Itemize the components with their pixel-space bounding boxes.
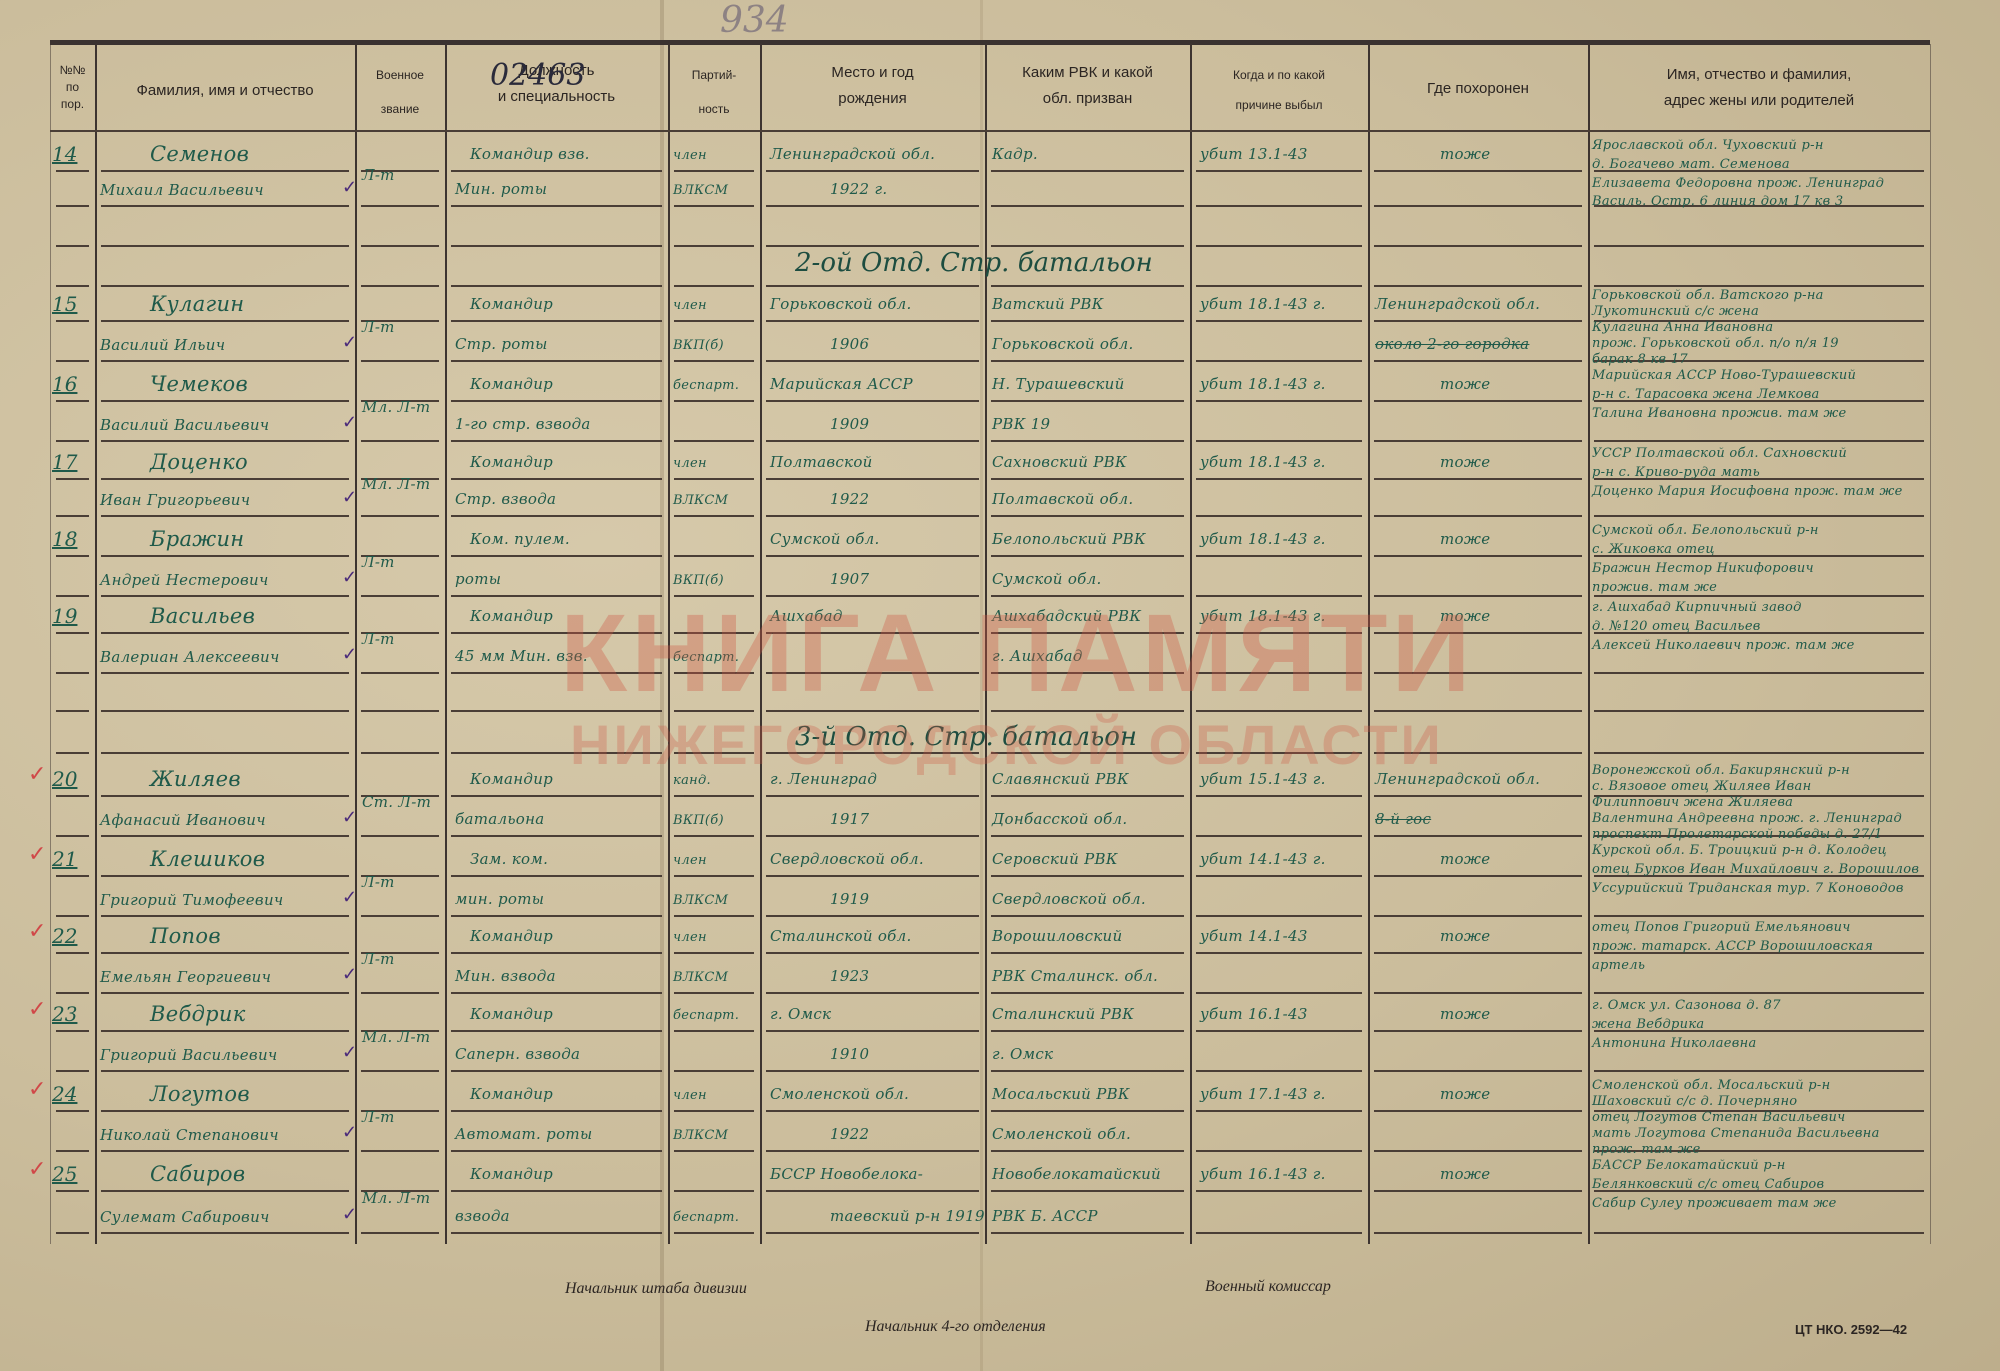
ruled-line	[1196, 478, 1362, 480]
ruled-line	[56, 992, 89, 994]
ruled-line	[451, 992, 662, 994]
burial-line-2: около 2-го городка	[1375, 335, 1529, 353]
relatives-address-line: с. Вязовое отец Жиляев Иван	[1592, 779, 1811, 794]
header-bottom-border	[50, 130, 1930, 132]
position-line-1: Командир	[470, 1085, 553, 1103]
given-names: Николай Степанович	[100, 1126, 279, 1144]
military-rank: Мл. Л-т	[362, 1028, 430, 1046]
birth-year: 1910	[830, 1045, 869, 1063]
ruled-line	[1594, 285, 1924, 287]
position-line-2: Стр. взвода	[455, 490, 556, 508]
ruled-line	[1196, 440, 1362, 442]
header-rank-line: звание	[355, 92, 445, 126]
ruled-line	[56, 710, 89, 712]
ruled-line	[101, 710, 349, 712]
ruled-line	[1594, 1070, 1924, 1072]
ruled-line	[766, 795, 979, 797]
position-line-2: Стр. роты	[455, 335, 548, 353]
ruled-line	[991, 478, 1184, 480]
position-line-1: Командир	[470, 607, 553, 625]
ruled-line	[674, 515, 754, 517]
surname: Сабиров	[150, 1162, 245, 1186]
party-line-2: ВЛКСМ	[673, 893, 728, 908]
ruled-line	[451, 400, 662, 402]
birth-place: г. Омск	[770, 1005, 831, 1023]
ruled-line	[766, 1030, 979, 1032]
position-line-1: Командир	[470, 1165, 553, 1183]
ruled-line	[101, 400, 349, 402]
ruled-line	[991, 360, 1184, 362]
ruled-line	[674, 1110, 754, 1112]
ruled-line	[101, 835, 349, 837]
ruled-line	[101, 245, 349, 247]
check-mark-icon: ✓	[342, 332, 357, 353]
date-and-reason: убит 18.1-43 г.	[1200, 453, 1326, 471]
ruled-line	[766, 1190, 979, 1192]
relatives-address-line: Лукотинский с/с жена	[1592, 304, 1759, 319]
ruled-line	[451, 320, 662, 322]
ruled-line	[56, 320, 89, 322]
ruled-line	[101, 170, 349, 172]
party-line-1: член	[673, 1088, 707, 1103]
ruled-line	[1196, 515, 1362, 517]
party-line-2: ВКП(б)	[673, 573, 724, 588]
ruled-line	[991, 1190, 1184, 1192]
ruled-line	[56, 440, 89, 442]
ruled-line	[56, 1150, 89, 1152]
ruled-line	[361, 285, 439, 287]
section-heading-2: 2-ой Отд. Стр. батальон	[795, 248, 1153, 278]
ruled-line	[1374, 515, 1582, 517]
ruled-line	[766, 835, 979, 837]
ruled-line	[1196, 360, 1362, 362]
ruled-line	[766, 1232, 979, 1234]
ruled-line	[1374, 795, 1582, 797]
ruled-line	[56, 478, 89, 480]
ruled-line	[1196, 875, 1362, 877]
party-line-2: беспарт.	[673, 1210, 739, 1225]
relatives-address-line: р-н с. Тарасовка жена Лемкова	[1592, 387, 1820, 402]
ruled-line	[674, 170, 754, 172]
ruled-line	[451, 795, 662, 797]
ruled-line	[674, 205, 754, 207]
ruled-line	[1374, 245, 1582, 247]
ruled-line	[991, 440, 1184, 442]
ruled-line	[1374, 992, 1582, 994]
date-and-reason: убит 17.1-43 г.	[1200, 1085, 1326, 1103]
military-rank: Мл. Л-т	[362, 1189, 430, 1207]
header-name: Фамилия, имя и отчество	[95, 78, 355, 104]
date-and-reason: убит 18.1-43 г.	[1200, 375, 1326, 393]
ruled-line	[1374, 478, 1582, 480]
watermark-title: КНИГА ПАМЯТИ	[560, 590, 1475, 717]
ruled-line	[766, 1110, 979, 1112]
position-line-2: Мин. роты	[455, 180, 547, 198]
ruled-line	[451, 1190, 662, 1192]
given-names: Григорий Васильевич	[100, 1046, 278, 1064]
ruled-line	[101, 515, 349, 517]
check-mark-icon: ✓	[342, 487, 357, 508]
burial-line-1: Ленинградской обл.	[1375, 295, 1540, 313]
given-names: Иван Григорьевич	[100, 491, 250, 509]
ruled-line	[991, 170, 1184, 172]
ruled-line	[1594, 440, 1924, 442]
ruled-line	[101, 320, 349, 322]
ruled-line	[1196, 795, 1362, 797]
ruled-line	[101, 440, 349, 442]
relatives-address-line: Бражин Нестор Никифорович	[1592, 561, 1814, 576]
ruled-line	[991, 400, 1184, 402]
ruled-line	[361, 1070, 439, 1072]
red-tick-icon: ✓	[28, 1156, 46, 1182]
ruled-line	[451, 205, 662, 207]
header-rank: Военное звание	[355, 58, 445, 126]
relatives-address-line: Филиппович жена Жиляева	[1592, 795, 1793, 810]
relatives-address-line: прожив. там же	[1592, 580, 1717, 595]
column-divider	[50, 44, 51, 1244]
ruled-line	[361, 710, 439, 712]
burial-line-1: тоже	[1440, 850, 1490, 868]
ruled-line	[451, 440, 662, 442]
ruled-line	[674, 360, 754, 362]
header-party: Партий- ность	[668, 58, 760, 126]
rvk-line-2: Горьковской обл.	[992, 335, 1134, 353]
row-number: 20	[52, 767, 77, 791]
party-line-1: член	[673, 148, 707, 163]
row-number: 24	[52, 1082, 77, 1106]
relatives-address-line: УССР Полтавской обл. Сахновский	[1592, 446, 1847, 461]
ruled-line	[56, 1110, 89, 1112]
ruled-line	[1374, 285, 1582, 287]
military-rank: Л-т	[362, 950, 395, 968]
ruled-line	[101, 1110, 349, 1112]
ruled-line	[361, 992, 439, 994]
position-line-2: мин. роты	[455, 890, 544, 908]
ruled-line	[766, 400, 979, 402]
relatives-address-line: Валентина Андреевна прож. г. Ленинград	[1592, 811, 1902, 826]
ruled-line	[1374, 1150, 1582, 1152]
burial-line-1: тоже	[1440, 1085, 1490, 1103]
ruled-line	[674, 400, 754, 402]
birth-year: 1909	[830, 415, 869, 433]
ruled-line	[56, 400, 89, 402]
burial-line-1: тоже	[1440, 1005, 1490, 1023]
table-top-border	[50, 40, 1930, 45]
ruled-line	[991, 1110, 1184, 1112]
relatives-address-line: г. Омск ул. Сазонова д. 87	[1592, 998, 1781, 1013]
relatives-address-line: Марийская АССР Ново-Турашевский	[1592, 368, 1856, 383]
column-divider	[1588, 44, 1590, 1244]
check-mark-icon: ✓	[342, 1204, 357, 1225]
rvk-line-2: Сумской обл.	[992, 570, 1102, 588]
birth-place: Ленинградской обл.	[770, 145, 935, 163]
ruled-line	[674, 992, 754, 994]
ruled-line	[766, 992, 979, 994]
red-tick-icon: ✓	[28, 761, 46, 787]
ruled-line	[1196, 400, 1362, 402]
birth-year: 1922	[830, 1125, 869, 1143]
ruled-line	[101, 360, 349, 362]
position-line-1: Командир	[470, 295, 553, 313]
ruled-line	[101, 952, 349, 954]
ruled-line	[1594, 915, 1924, 917]
header-birth: Место и год рождения	[760, 60, 985, 112]
ruled-line	[56, 1190, 89, 1192]
given-names: Григорий Тимофеевич	[100, 891, 284, 909]
ruled-line	[1594, 515, 1924, 517]
surname: Клешиков	[150, 847, 265, 871]
ruled-line	[56, 632, 89, 634]
date-and-reason: убит 13.1-43	[1200, 145, 1308, 163]
ruled-line	[674, 1150, 754, 1152]
burial-line-1: тоже	[1440, 145, 1490, 163]
ruled-line	[674, 915, 754, 917]
party-line-1: беспарт.	[673, 1008, 739, 1023]
birth-year: 1906	[830, 335, 869, 353]
ruled-line	[56, 555, 89, 557]
relatives-address-line: жена Вебдрика	[1592, 1017, 1704, 1032]
ruled-line	[56, 1070, 89, 1072]
row-number: 18	[52, 527, 77, 551]
check-mark-icon: ✓	[342, 567, 357, 588]
rvk-line-1: Мосальский РВК	[992, 1085, 1130, 1103]
rvk-line-2: Свердловской обл.	[992, 890, 1146, 908]
rvk-line-1: Сахновский РВК	[992, 453, 1127, 471]
ruled-line	[1196, 1150, 1362, 1152]
ruled-line	[451, 360, 662, 362]
ruled-line	[56, 205, 89, 207]
ruled-line	[674, 440, 754, 442]
ruled-line	[1374, 170, 1582, 172]
header-rvk-line: Каким РВК и какой	[985, 60, 1190, 86]
ruled-line	[361, 672, 439, 674]
row-number: 14	[52, 142, 77, 166]
ruled-line	[766, 875, 979, 877]
date-and-reason: убит 18.1-43 г.	[1200, 530, 1326, 548]
ruled-line	[991, 1030, 1184, 1032]
rvk-line-1: Серовский РВК	[992, 850, 1118, 868]
military-rank: Л-т	[362, 318, 395, 336]
party-line-1: член	[673, 853, 707, 868]
birth-year: таевский р-н 1919	[830, 1207, 985, 1225]
surname: Кулагин	[150, 292, 244, 316]
relatives-address-line: Кулагина Анна Ивановна	[1592, 320, 1773, 335]
header-birth-line: Место и год	[760, 60, 985, 86]
check-mark-icon: ✓	[342, 412, 357, 433]
ruled-line	[1196, 952, 1362, 954]
ruled-line	[674, 555, 754, 557]
relatives-address-line: Горьковской обл. Ватского р-на	[1592, 288, 1824, 303]
ruled-line	[56, 360, 89, 362]
ruled-line	[101, 752, 349, 754]
row-number: 21	[52, 847, 77, 871]
ruled-line	[991, 205, 1184, 207]
relatives-address-line: Ярославской обл. Чуховский р-н	[1592, 138, 1824, 153]
position-line-2: взвода	[455, 1207, 510, 1225]
ruled-line	[1196, 1030, 1362, 1032]
ruled-line	[674, 875, 754, 877]
ruled-line	[766, 205, 979, 207]
column-divider	[445, 44, 447, 1244]
relatives-address-line: артель	[1592, 958, 1645, 973]
rvk-line-2: г. Омск	[992, 1045, 1053, 1063]
rvk-line-1: Новобелокатайский	[992, 1165, 1161, 1183]
ruled-line	[1374, 915, 1582, 917]
ruled-line	[451, 285, 662, 287]
ruled-line	[766, 440, 979, 442]
ruled-line	[766, 245, 979, 247]
military-rank: Л-т	[362, 873, 395, 891]
ruled-line	[991, 952, 1184, 954]
ruled-line	[451, 875, 662, 877]
ruled-line	[1374, 835, 1582, 837]
relatives-address-line: Антонина Николаевна	[1592, 1036, 1757, 1051]
relatives-address-line: Смоленской обл. Мосальский р-н	[1592, 1078, 1831, 1093]
military-rank: Л-т	[362, 630, 395, 648]
given-names: Афанасий Иванович	[100, 811, 266, 829]
ruled-line	[361, 245, 439, 247]
position-line-1: Ком. пулем.	[470, 530, 570, 548]
given-names: Валериан Алексеевич	[100, 648, 280, 666]
ruled-line	[766, 170, 979, 172]
party-line-1: член	[673, 456, 707, 471]
relatives-address-line: отец Логутов Степан Васильевич	[1592, 1110, 1846, 1125]
row-number: 16	[52, 372, 77, 396]
row-number: 25	[52, 1162, 77, 1186]
red-tick-icon: ✓	[28, 918, 46, 944]
rvk-line-1: Н. Турашевский	[992, 375, 1125, 393]
relatives-address-line: отец Бурков Иван Михайлович г. Ворошилов	[1592, 862, 1919, 877]
position-line-2: батальона	[455, 810, 545, 828]
header-relatives-line: адрес жены или родителей	[1588, 88, 1930, 114]
given-names: Емельян Георгиевич	[100, 968, 271, 986]
ruled-line	[361, 915, 439, 917]
ruled-line	[361, 1232, 439, 1234]
check-mark-icon: ✓	[342, 807, 357, 828]
date-and-reason: убит 14.1-43 г.	[1200, 850, 1326, 868]
ruled-line	[991, 1150, 1184, 1152]
birth-year: 1907	[830, 570, 869, 588]
date-and-reason: убит 14.1-43	[1200, 927, 1308, 945]
column-divider	[95, 44, 97, 1244]
ruled-line	[1196, 285, 1362, 287]
birth-year: 1922 г.	[830, 180, 887, 198]
header-num-line: №№	[50, 62, 95, 79]
row-number: 17	[52, 450, 77, 474]
ruled-line	[991, 285, 1184, 287]
birth-year: 1919	[830, 890, 869, 908]
party-line-2: ВЛКСМ	[673, 183, 728, 198]
check-mark-icon: ✓	[342, 177, 357, 198]
ruled-line	[1374, 440, 1582, 442]
ruled-line	[1196, 555, 1362, 557]
relatives-address-line: Елизавета Федоровна прож. Ленинград	[1592, 176, 1884, 191]
ruled-line	[56, 752, 89, 754]
ruled-line	[56, 595, 89, 597]
position-line-1: Командир взв.	[470, 145, 590, 163]
relatives-address-line: отец Попов Григорий Емельянович	[1592, 920, 1851, 935]
ruled-line	[101, 632, 349, 634]
ruled-line	[991, 915, 1184, 917]
relatives-address-line: Шаховский с/с д. Почерняно	[1592, 1094, 1797, 1109]
ruled-line	[451, 1070, 662, 1072]
ruled-line	[1196, 992, 1362, 994]
ruled-line	[1196, 170, 1362, 172]
ruled-line	[101, 478, 349, 480]
ruled-line	[991, 1070, 1184, 1072]
relatives-address-line: Уссурийский Триданская тур. 7 Коноводов	[1592, 881, 1904, 896]
ruled-line	[1594, 245, 1924, 247]
ruled-line	[766, 1070, 979, 1072]
ruled-line	[451, 245, 662, 247]
ruled-line	[101, 795, 349, 797]
surname: Чемеков	[150, 372, 248, 396]
ruled-line	[1374, 1030, 1582, 1032]
ruled-line	[1594, 752, 1924, 754]
relatives-address-line: Сабир Сулеу проживает там же	[1592, 1196, 1837, 1211]
ruled-line	[766, 1150, 979, 1152]
rvk-line-2: Смоленской обл.	[992, 1125, 1131, 1143]
ruled-line	[451, 478, 662, 480]
ruled-line	[766, 360, 979, 362]
header-birth-line: рождения	[760, 86, 985, 112]
burial-line-1: тоже	[1440, 453, 1490, 471]
ruled-line	[1196, 205, 1362, 207]
ruled-line	[1374, 360, 1582, 362]
header-num: №№ по пор.	[50, 62, 95, 113]
birth-year: 1923	[830, 967, 869, 985]
ruled-line	[101, 285, 349, 287]
ruled-line	[674, 245, 754, 247]
military-rank: Л-т	[362, 166, 395, 184]
red-tick-icon: ✓	[28, 841, 46, 867]
ruled-line	[674, 1232, 754, 1234]
ruled-line	[56, 952, 89, 954]
ruled-line	[1196, 915, 1362, 917]
ruled-line	[451, 515, 662, 517]
ruled-line	[361, 360, 439, 362]
surname: Семенов	[150, 142, 249, 166]
ruled-line	[766, 952, 979, 954]
ruled-line	[451, 1232, 662, 1234]
relatives-address-line: проспект Пролетарской победы д. 27/1	[1592, 827, 1883, 842]
ruled-line	[766, 285, 979, 287]
party-line-1: беспарт.	[673, 378, 739, 393]
ruled-line	[451, 1150, 662, 1152]
position-line-1: Командир	[470, 770, 553, 788]
ruled-line	[101, 992, 349, 994]
military-rank: Мл. Л-т	[362, 475, 430, 493]
ruled-line	[1196, 1190, 1362, 1192]
burial-line-1: тоже	[1440, 375, 1490, 393]
military-rank: Л-т	[362, 1108, 395, 1126]
row-number: 19	[52, 604, 77, 628]
form-code: ЦТ НКО. 2592—42	[1795, 1322, 1907, 1337]
military-rank: Л-т	[362, 553, 395, 571]
ruled-line	[991, 515, 1184, 517]
ruled-line	[451, 835, 662, 837]
ruled-line	[56, 170, 89, 172]
birth-place: Сумской обл.	[770, 530, 880, 548]
ruled-line	[361, 835, 439, 837]
ruled-line	[674, 1070, 754, 1072]
row-number: 23	[52, 1002, 77, 1026]
surname: Васильев	[150, 604, 255, 628]
rvk-line-2: РВК Сталинск. обл.	[992, 967, 1158, 985]
ruled-line	[1374, 320, 1582, 322]
ruled-line	[56, 795, 89, 797]
ruled-line	[451, 555, 662, 557]
